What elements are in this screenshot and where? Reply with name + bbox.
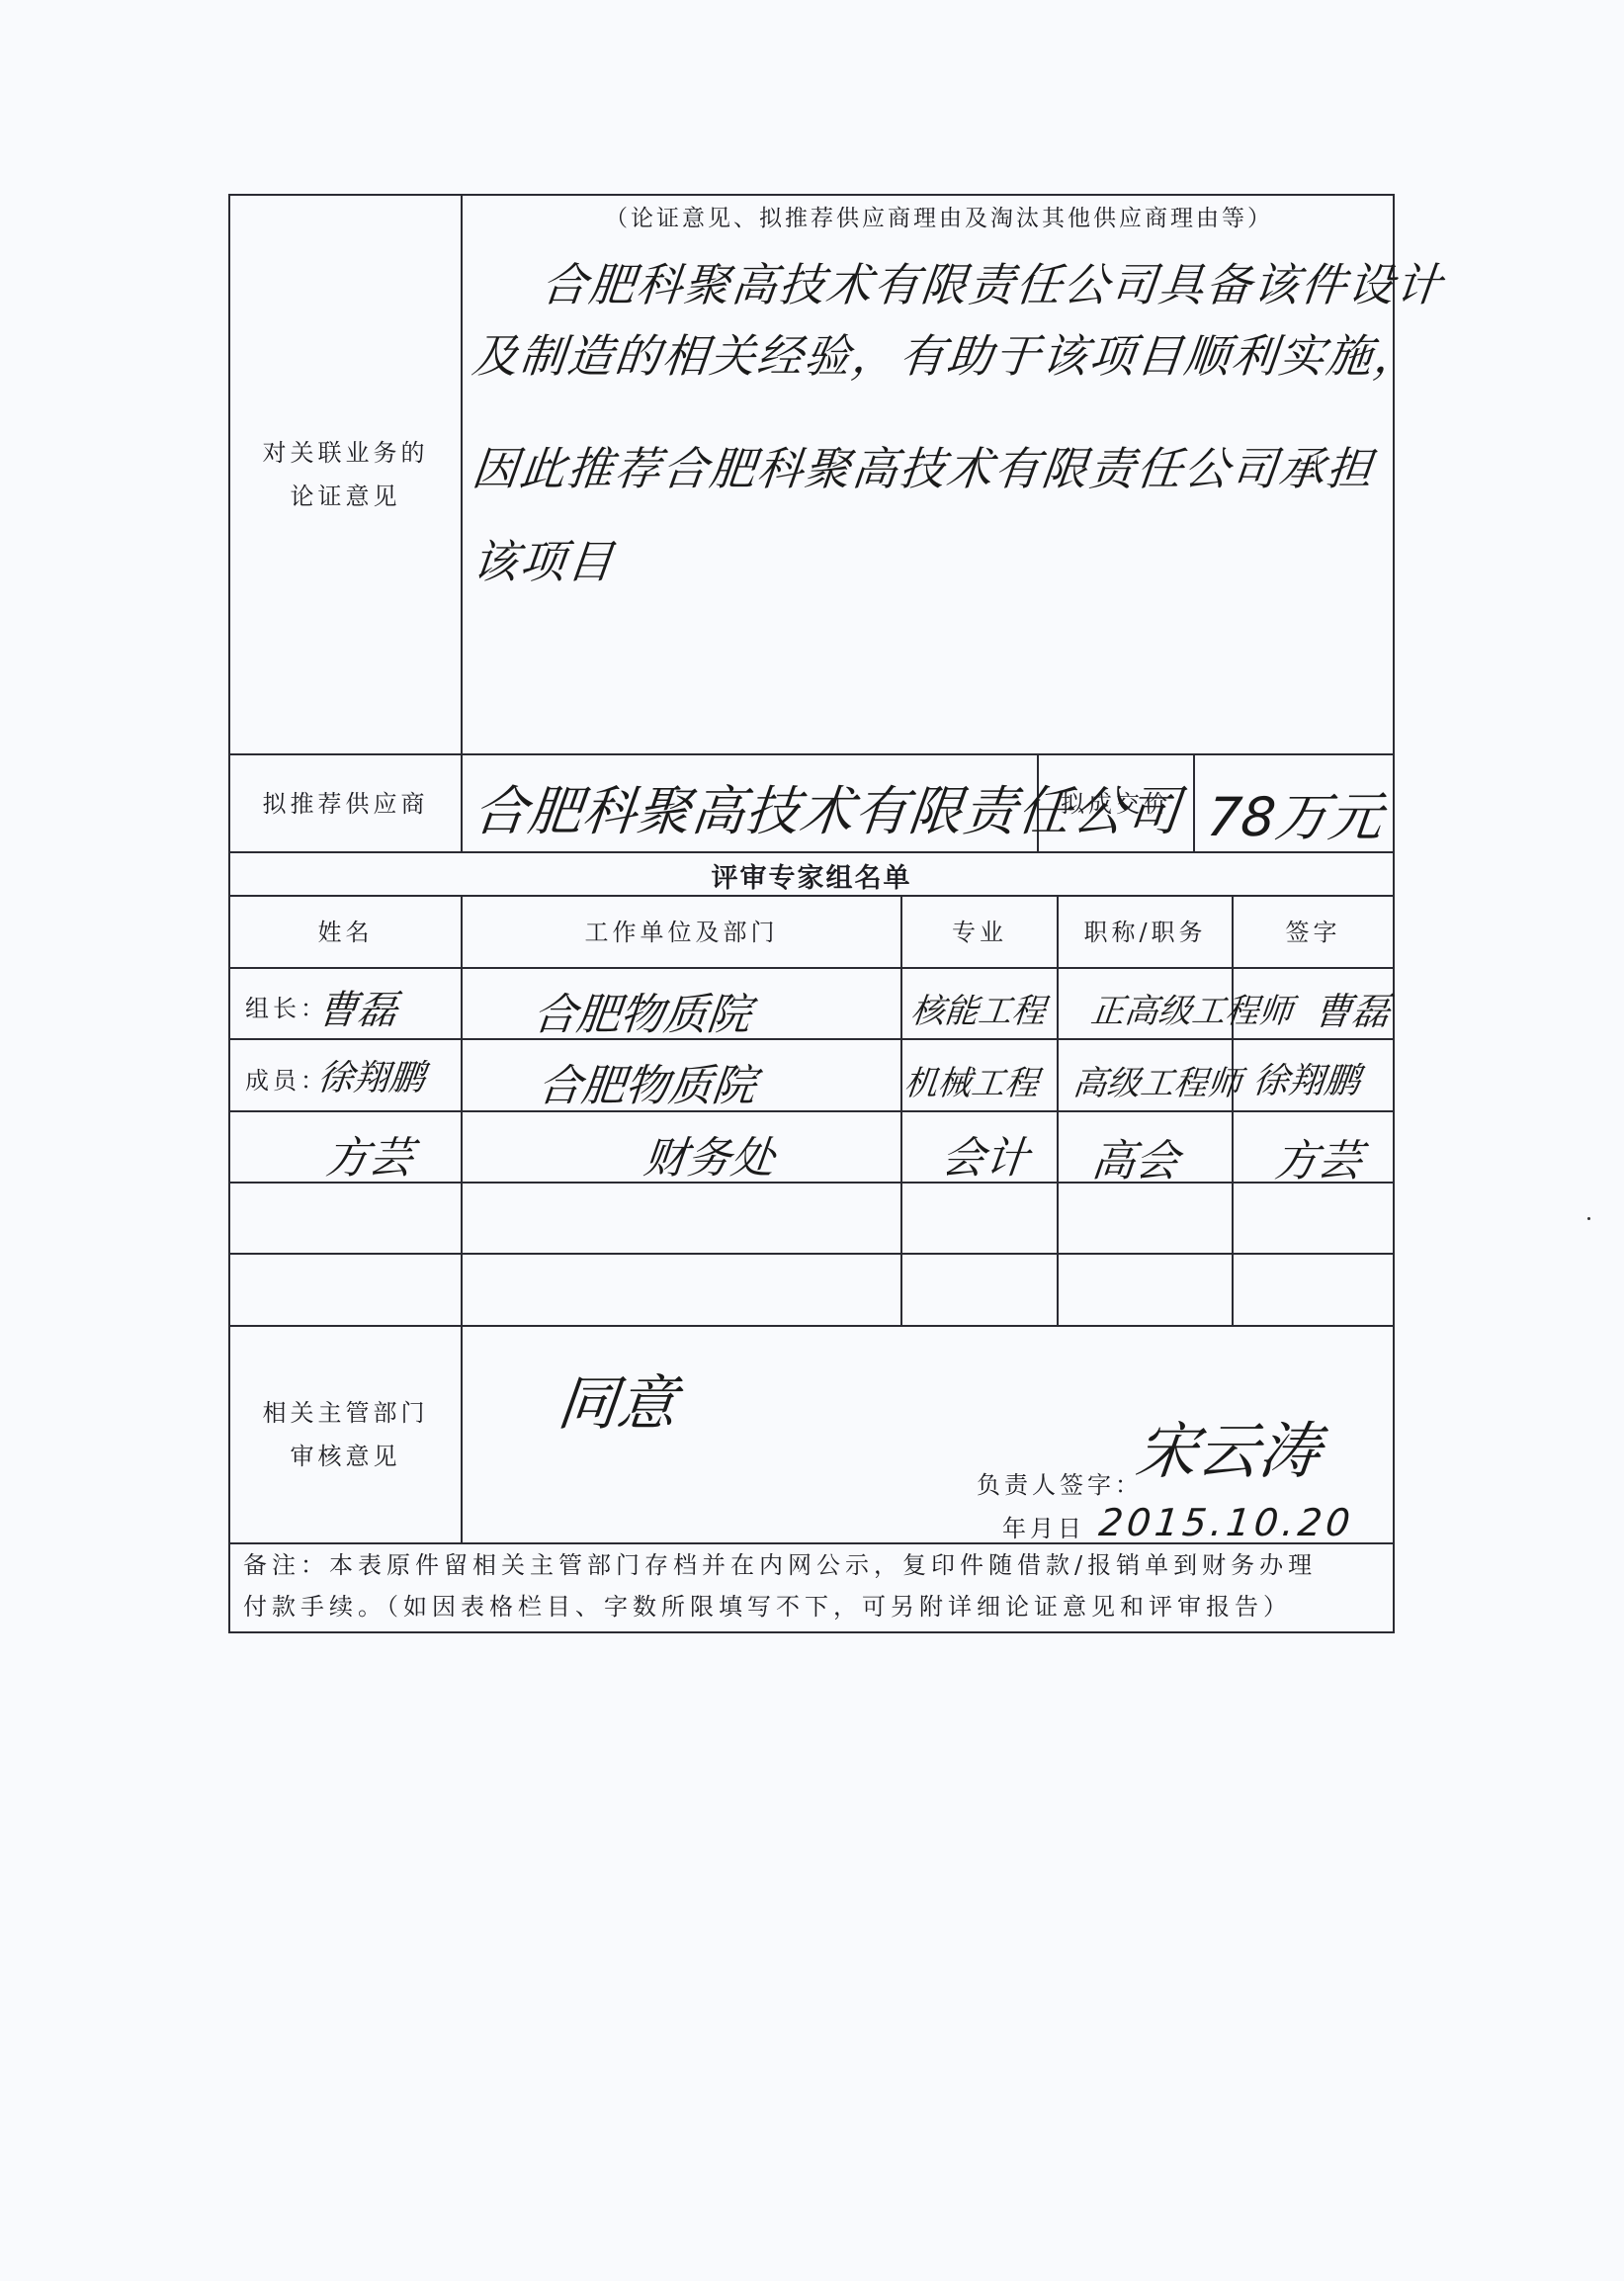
col-divider: [461, 895, 463, 1542]
price-value: 78万元: [1204, 775, 1387, 851]
header-name: 姓名: [230, 897, 461, 967]
argument-label: 对关联业务的 论证意见: [230, 196, 461, 753]
expert-title: 正高级工程师: [1088, 984, 1295, 1032]
header-unit: 工作单位及部门: [463, 897, 900, 967]
expert-specialty: 机械工程: [901, 1056, 1041, 1104]
supplier-label: 拟推荐供应商: [230, 755, 461, 851]
expert-name: 曹磊: [315, 979, 400, 1035]
expert-signature: 曹磊: [1312, 981, 1393, 1035]
expert-unit: 合肥物质院: [531, 979, 755, 1042]
header-specialty: 专业: [902, 897, 1057, 967]
row-divider: [228, 1038, 1395, 1040]
expert-specialty: 核能工程: [908, 984, 1048, 1032]
expert-role: 组长：: [245, 989, 328, 1023]
row-divider: [228, 1253, 1395, 1255]
scan-speck: [1587, 1217, 1590, 1220]
footer-note: 备注：本表原件留相关主管部门存档并在内网公示，复印件随借款/报销单到财务办理 付…: [243, 1544, 1390, 1627]
row-divider: [228, 1110, 1395, 1112]
argument-line-2: 及制造的相关经验，有助于该项目顺利实施，: [469, 320, 1425, 392]
expert-panel-title: 评审专家组名单: [230, 856, 1393, 895]
footer-note-line-2: 付款手续。（如因表格栏目、字数所限填写不下，可另附详细论证意见和评审报告）: [243, 1586, 1390, 1627]
expert-name: 方芸: [323, 1122, 417, 1185]
expert-signature: 徐翔鹏: [1250, 1053, 1362, 1103]
table-border-right: [1393, 194, 1395, 1633]
row-divider: [228, 851, 1395, 853]
header-title: 职称/职务: [1059, 897, 1232, 967]
approval-label: 相关主管部门 审核意见: [230, 1327, 461, 1542]
expert-title: 高级工程师: [1070, 1056, 1243, 1104]
col-divider: [461, 194, 463, 852]
argument-line-1: 合肥科聚高技术有限责任公司具备该件设计: [538, 249, 1447, 320]
header-signature: 签字: [1234, 897, 1393, 967]
argument-line-3: 因此推荐合肥科聚高技术有限责任公司承担: [469, 433, 1378, 504]
expert-unit: 合肥物质院: [536, 1050, 760, 1113]
signer-signature: 宋云涛: [1132, 1402, 1325, 1490]
approval-opinion: 同意: [554, 1357, 681, 1442]
expert-name: 徐翔鹏: [315, 1050, 427, 1100]
signer-label: 负责人签字：: [977, 1465, 1143, 1500]
argument-line-4: 该项目: [469, 526, 619, 597]
expert-specialty: 会计: [939, 1122, 1033, 1185]
row-divider: [228, 967, 1395, 969]
table-border-bottom: [228, 1631, 1395, 1633]
expert-unit: 财务处: [641, 1122, 779, 1185]
footer-note-line-1: 备注：本表原件留相关主管部门存档并在内网公示，复印件随借款/报销单到财务办理: [243, 1544, 1390, 1586]
col-divider: [1193, 753, 1195, 851]
price-label: 拟成交价: [1039, 755, 1193, 851]
date-label: 年月日: [1002, 1509, 1085, 1543]
expert-signature: 方芸: [1272, 1125, 1366, 1188]
expert-title: 高会: [1089, 1125, 1183, 1188]
argument-hint: （论证意见、拟推荐供应商理由及淘汰其他供应商理由等）: [484, 200, 1394, 232]
date-value: 2015.10.20: [1097, 1501, 1356, 1544]
